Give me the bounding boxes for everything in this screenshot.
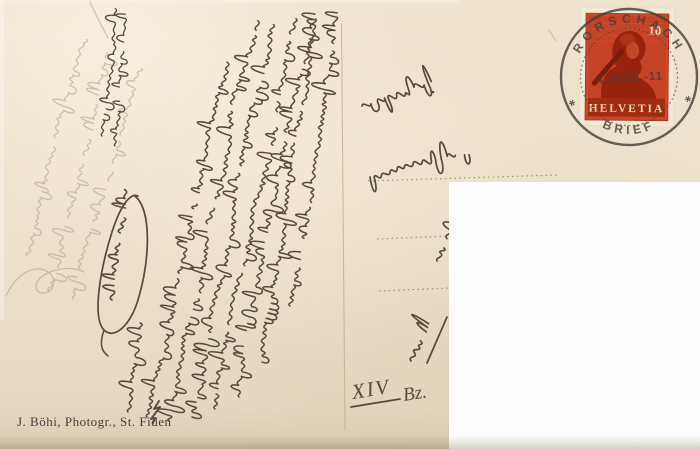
pencil-flourish: [6, 268, 84, 296]
publisher-imprint: J. Böhi, Photogr., St. Fiden: [17, 414, 172, 430]
postcard-scan: XIV Bz. 10 HELVETIA: [0, 0, 700, 449]
address-divider-line: [342, 23, 346, 430]
address-slash-stroke: [427, 317, 447, 363]
pencil-mark-near-stamp: [549, 30, 556, 41]
address-salutation-word: [357, 65, 436, 122]
postcard-graphics: XIV Bz. 10 HELVETIA: [0, 0, 700, 449]
pencil-corner-stroke: [90, 2, 108, 38]
postmark-star-left: [568, 100, 575, 107]
signature-flourish: [96, 188, 148, 356]
address-line-2: [377, 236, 450, 239]
district-numeral: XIV: [349, 374, 392, 404]
address-line-3: [379, 288, 450, 291]
address-line-1: [368, 175, 558, 181]
postmark-star-right: [684, 96, 691, 103]
salutation-period: [432, 91, 435, 94]
handwritten-message: [89, 7, 349, 423]
stamp-country: HELVETIA: [589, 103, 665, 116]
district-word: Bz.: [401, 381, 428, 405]
address-city-stroke: [390, 300, 443, 361]
blank-white-panel: [449, 182, 700, 449]
